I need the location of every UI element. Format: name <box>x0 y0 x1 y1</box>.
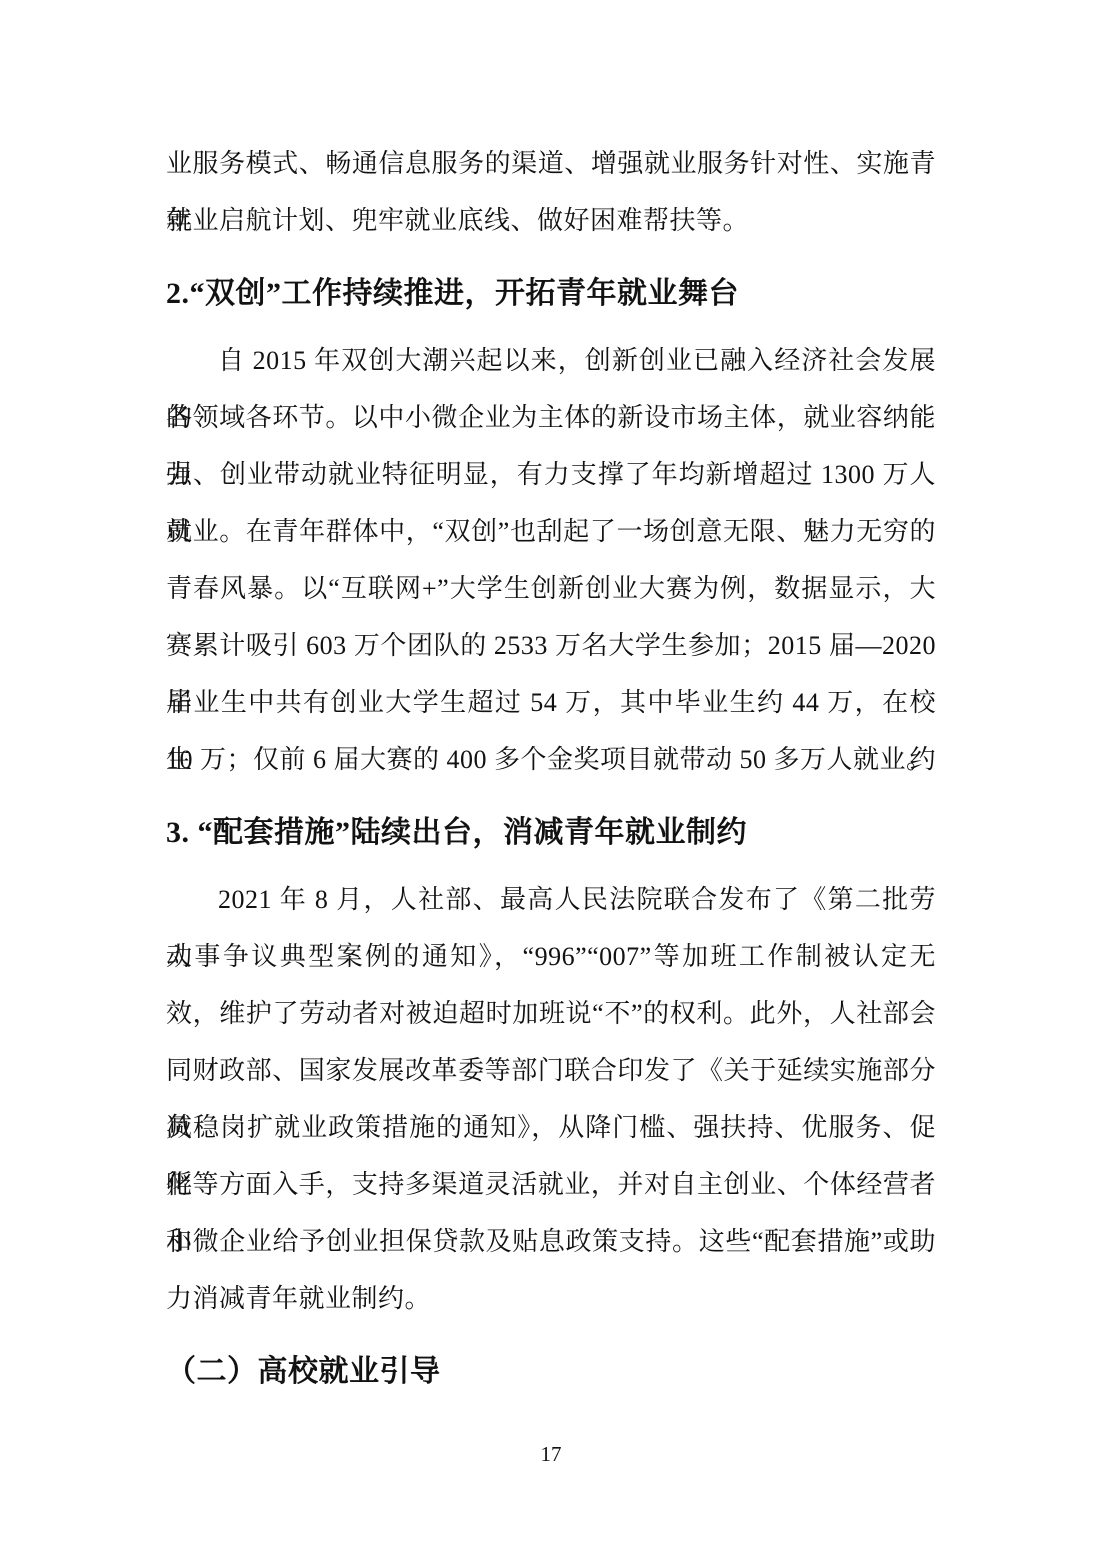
text-line: 就业启航计划、兜牢就业底线、做好困难帮扶等。 <box>166 192 936 249</box>
heading-supporting-measures: 3. “配套措施”陆续出台，消减青年就业制约 <box>166 804 936 861</box>
text-line: 赛累计吸引 603 万个团队的 2533 万名大学生参加；2015 届—2020… <box>166 617 936 674</box>
text-line: 就业。在青年群体中，“双创”也刮起了一场创意无限、魅力无穷的 <box>166 503 936 560</box>
text-line: 强、创业带动就业特征明显，有力支撑了年均新增超过 1300 万人员 <box>166 446 936 503</box>
text-line: 自 2015 年双创大潮兴起以来，创新创业已融入经济社会发展的 <box>166 332 936 389</box>
document-page: 业服务模式、畅通信息服务的渠道、增强就业服务针对性、实施青年 就业启航计划、兜牢… <box>0 0 1102 1559</box>
text-line: 化等方面入手，支持多渠道灵活就业，并对自主创业、个体经营者和 <box>166 1156 936 1213</box>
text-line: 效，维护了劳动者对被迫超时加班说“不”的权利。此外，人社部会 <box>166 985 936 1042</box>
paragraph-supporting-measures: 2021 年 8 月，人社部、最高人民法院联合发布了《第二批劳动 人事争议典型案… <box>166 871 936 1327</box>
text-line: 同财政部、国家发展改革委等部门联合印发了《关于延续实施部分减 <box>166 1042 936 1099</box>
heading-university-employment-guidance: （二）高校就业引导 <box>166 1343 936 1400</box>
text-line: 毕业生中共有创业大学生超过 54 万，其中毕业生约 44 万，在校生约 <box>166 674 936 731</box>
text-line: 2021 年 8 月，人社部、最高人民法院联合发布了《第二批劳动 <box>166 871 936 928</box>
page-number: 17 <box>0 1442 1102 1467</box>
page-content: 业服务模式、畅通信息服务的渠道、增强就业服务针对性、实施青年 就业启航计划、兜牢… <box>166 135 936 1410</box>
text-line: 青春风暴。以“互联网+”大学生创新创业大赛为例，数据显示，大 <box>166 560 936 617</box>
text-line: 负稳岗扩就业政策措施的通知》，从降门槛、强扶持、优服务、促孵 <box>166 1099 936 1156</box>
paragraph-continuation: 业服务模式、畅通信息服务的渠道、增强就业服务针对性、实施青年 就业启航计划、兜牢… <box>166 135 936 249</box>
text-line: 10 万；仅前 6 届大赛的 400 多个金奖项目就带动 50 多万人就业。 <box>166 731 936 788</box>
text-line: 小微企业给予创业担保贷款及贴息政策支持。这些“配套措施”或助 <box>166 1213 936 1270</box>
text-line: 人事争议典型案例的通知》，“996”“007”等加班工作制被认定无 <box>166 928 936 985</box>
text-line: 力消减青年就业制约。 <box>166 1270 936 1327</box>
text-line: 业服务模式、畅通信息服务的渠道、增强就业服务针对性、实施青年 <box>166 135 936 192</box>
paragraph-shuangchuang: 自 2015 年双创大潮兴起以来，创新创业已融入经济社会发展的 各领域各环节。以… <box>166 332 936 788</box>
heading-shuangchuang-progress: 2.“双创”工作持续推进，开拓青年就业舞台 <box>166 265 936 322</box>
text-line: 各领域各环节。以中小微企业为主体的新设市场主体，就业容纳能力 <box>166 389 936 446</box>
